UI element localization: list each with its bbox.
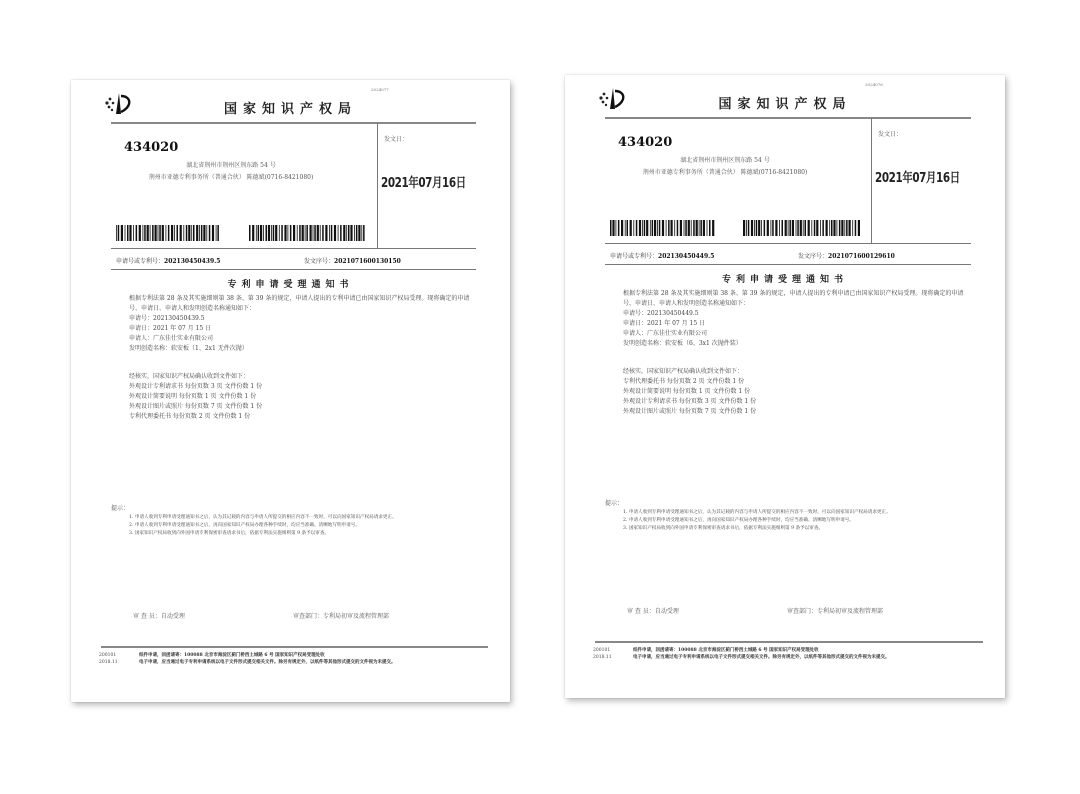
notice-body: 根据专利法第 28 条及其实施细则第 38 条、第 39 条的规定，申请人提出的… [111, 294, 476, 354]
form-code: 200101 [593, 647, 612, 654]
footer-divider [101, 646, 488, 648]
address-line-1: 湖北省荆州市荆州区荆东路 54 号 [565, 155, 885, 164]
application-field: 申请人：广东佳仕实业有限公司 [111, 334, 476, 344]
address-line-1: 湖北省荆州市荆州区荆东路 54 号 [71, 160, 391, 169]
barcode-icon [610, 220, 716, 236]
form-code: 2018.11 [593, 654, 612, 661]
tips-list: 1. 申请人收到专利申请受理通知书之后，认为其记载的内容与申请人所提交的相应内容… [111, 514, 476, 538]
form-code: 200101 [99, 652, 118, 659]
form-code: 2018.11 [99, 659, 118, 666]
examiner: 审 查 员：自动受理 [627, 606, 679, 615]
notice-title: 专利申请受理通知书 [565, 272, 1005, 285]
received-documents: 经核实，国家知识产权局确认收到文件如下： 专利代理委托书 每份页数 2 页 文件… [605, 367, 971, 417]
footer-instructions: 纸件申请，回函请寄：100088 北京市海淀区蓟门桥西土城路 6 号 国家知识产… [633, 647, 975, 661]
received-document-item: 外观设计图片或照片 每份页数 7 页 文件份数 1 份 [111, 402, 476, 412]
application-field: 申请号：202130450439.5 [111, 314, 476, 324]
notice-body: 根据专利法第 28 条及其实施细则第 38 条、第 39 条的规定，申请人提出的… [605, 289, 971, 349]
notice-title: 专利申请受理通知书 [71, 277, 510, 290]
received-document-item: 外观设计图片或照片 每份页数 7 页 文件份数 1 份 [605, 407, 971, 417]
footer-line: 电子申请，应当通过电子专利申请系统以电子文件形式提交相关文件。除另有规定外，以纸… [633, 654, 975, 661]
application-fields: 申请号：202130450449.5申请日：2021 年 07 月 15 日申请… [605, 309, 971, 349]
tip-item: 1. 申请人收到专利申请受理通知书之后，认为其记载的内容与申请人所提交的相应内容… [605, 509, 971, 517]
department: 审查部门：专利局初审及流程管理部 [293, 611, 389, 620]
intro-paragraph: 根据专利法第 28 条及其实施细则第 38 条、第 39 条的规定，申请人提出的… [605, 289, 971, 309]
received-document-item: 专利代理委托书 每份页数 2 页 文件份数 1 份 [111, 412, 476, 422]
department: 审查部门：专利局初审及流程管理部 [787, 606, 883, 615]
divider [871, 118, 872, 243]
send-date-label: 发文日： [878, 129, 902, 138]
divider [111, 248, 476, 249]
received-intro: 经核实，国家知识产权局确认收到文件如下： [111, 372, 476, 382]
tips-section: 提示： 1. 申请人收到专利申请受理通知书之后，认为其记载的内容与申请人所提交的… [605, 499, 971, 533]
application-field: 申请号：202130450449.5 [605, 309, 971, 319]
tips-label: 提示： [111, 504, 476, 514]
received-document-item: 外观设计专利请求书 每份页数 3 页 文件份数 1 份 [605, 397, 971, 407]
send-date-stamp: 2021年07月16日 [875, 167, 960, 186]
received-document-item: 专利代理委托书 每份页数 2 页 文件份数 1 份 [605, 377, 971, 387]
form-codes: 2001012018.11 [593, 647, 612, 661]
barcode-icon [743, 220, 861, 236]
application-field: 申请日：2021 年 07 月 15 日 [605, 319, 971, 329]
office-name: 国家知识产权局 [565, 93, 1005, 112]
application-number-row: 申请号或专利号：202130450449.5 [610, 251, 714, 260]
received-document-item: 外观设计专利请求书 每份页数 3 页 文件份数 1 份 [111, 382, 476, 392]
tip-item: 2. 申请人收到专利申请受理通知书之后，再向国家知识产权局办理各种手续时，均应当… [111, 522, 476, 530]
divider [605, 243, 971, 244]
application-field: 申请日：2021 年 07 月 15 日 [111, 324, 476, 334]
postcode: 434020 [618, 135, 672, 150]
address-line-2: 荆州市亚德专利事务所（普通合伙） 陈德斌(0716-8421080) [565, 167, 885, 176]
received-list: 专利代理委托书 每份页数 2 页 文件份数 1 份外观设计简要说明 每份页数 1… [605, 377, 971, 417]
received-documents: 经核实，国家知识产权局确认收到文件如下： 外观设计专利请求书 每份页数 3 页 … [111, 372, 476, 422]
postcode: 434020 [124, 140, 178, 155]
divider [111, 122, 476, 124]
divider [111, 269, 476, 270]
application-field: 申请人：广东佳仕实业有限公司 [605, 329, 971, 339]
divider [605, 117, 971, 119]
tip-item: 3. 国家知识产权局收到向外国申请专利保密审查请求书后，依据专利法实施细则第 9… [111, 530, 476, 538]
footer-divider [595, 641, 983, 643]
tips-label: 提示： [605, 499, 971, 509]
tips-section: 提示： 1. 申请人收到专利申请受理通知书之后，认为其记载的内容与申请人所提交的… [111, 504, 476, 538]
examiner: 审 查 员：自动受理 [133, 611, 185, 620]
footer-line: 纸件申请，回函请寄：100088 北京市海淀区蓟门桥西土城路 6 号 国家知识产… [139, 652, 480, 659]
send-date-stamp: 2021年07月16日 [381, 172, 466, 191]
application-number-row: 申请号或专利号：202130450439.5 [116, 256, 220, 265]
received-document-item: 外观设计简要说明 每份页数 1 页 文件份数 1 份 [111, 392, 476, 402]
address-line-2: 荆州市亚德专利事务所（普通合伙） 陈德斌(0716-8421080) [71, 172, 391, 181]
send-date-label: 发文日： [384, 134, 408, 143]
serial-number-top: 2024077 [371, 87, 389, 92]
serial-number-top: 2024076 [865, 82, 883, 87]
tips-list: 1. 申请人收到专利申请受理通知书之后，认为其记载的内容与申请人所提交的相应内容… [605, 509, 971, 533]
footer-line: 电子申请，应当通过电子专利申请系统以电子文件形式提交相关文件。除另有规定外，以纸… [139, 659, 480, 666]
barcode-icon [116, 225, 222, 241]
patent-notice-document-left: 2024077 国家知识产权局 434020 湖北省荆州市荆州区荆东路 54 号… [71, 80, 510, 702]
divider [605, 264, 971, 265]
tip-item: 1. 申请人收到专利申请受理通知书之后，认为其记载的内容与申请人所提交的相应内容… [111, 514, 476, 522]
divider [377, 123, 378, 248]
footer-line: 纸件申请，回函请寄：100088 北京市海淀区蓟门桥西土城路 6 号 国家知识产… [633, 647, 975, 654]
document-number-row: 发文序号：2021071600129610 [798, 251, 895, 260]
intro-paragraph: 根据专利法第 28 条及其实施细则第 38 条、第 39 条的规定，申请人提出的… [111, 294, 476, 314]
application-field: 发明创造名称：软安板（6、3x1 次抛件装） [605, 339, 971, 349]
tip-item: 2. 申请人收到专利申请受理通知书之后，再向国家知识产权局办理各种手续时，均应当… [605, 517, 971, 525]
received-document-item: 外观设计简要说明 每份页数 1 页 文件份数 1 份 [605, 387, 971, 397]
tip-item: 3. 国家知识产权局收到向外国申请专利保密审查请求书后，依据专利法实施细则第 9… [605, 525, 971, 533]
application-fields: 申请号：202130450439.5申请日：2021 年 07 月 15 日申请… [111, 314, 476, 354]
received-list: 外观设计专利请求书 每份页数 3 页 文件份数 1 份外观设计简要说明 每份页数… [111, 382, 476, 422]
document-number-row: 发文序号：2021071600130150 [304, 256, 401, 265]
barcode-icon [249, 225, 367, 241]
application-field: 发明创造名称：软安板（1、2x1 无件次抛） [111, 344, 476, 354]
received-intro: 经核实，国家知识产权局确认收到文件如下： [605, 367, 971, 377]
patent-notice-document-right: 2024076 国家知识产权局 434020 湖北省荆州市荆州区荆东路 54 号… [565, 75, 1005, 698]
footer-instructions: 纸件申请，回函请寄：100088 北京市海淀区蓟门桥西土城路 6 号 国家知识产… [139, 652, 480, 666]
form-codes: 2001012018.11 [99, 652, 118, 666]
office-name: 国家知识产权局 [71, 98, 510, 117]
